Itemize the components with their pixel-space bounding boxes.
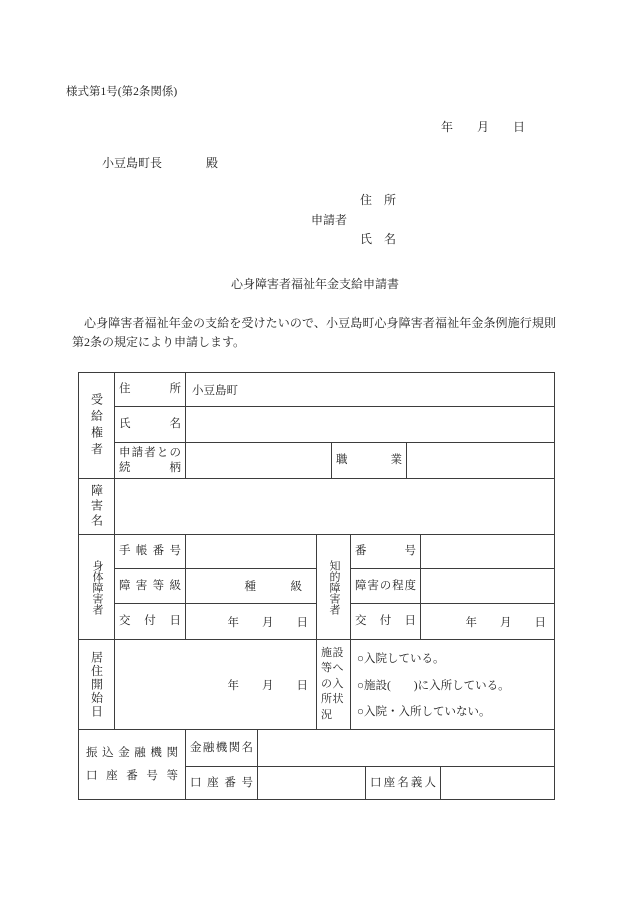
degree-label-cell: 障害の程度 — [350, 568, 421, 604]
disability-name-label-cell: 障害名 — [78, 478, 115, 535]
bank-group-cell: 振込金融機関 口座番号等 — [78, 729, 186, 800]
physical-issue-value-cell: 年 月 日 — [185, 603, 317, 640]
intellectual-issue-date: 年 月 日 — [421, 614, 554, 630]
address-label-cell: 住所 — [114, 372, 186, 407]
bank-group-label-line2: 口座番号等 — [79, 765, 185, 788]
physical-issue-label-cell: 交付日 — [114, 603, 186, 640]
account-number-value-cell — [257, 766, 366, 800]
account-number-label-cell: 口座番号 — [185, 766, 258, 800]
account-number-label: 口座番号 — [186, 776, 257, 791]
residence-date-value: 年 月 日 — [115, 677, 316, 693]
degree-value-cell — [420, 568, 555, 604]
intellectual-group-cell: 知的障害者 — [316, 534, 351, 640]
option-hospitalized: ○入院している。 — [357, 650, 554, 666]
account-holder-label: 口座名義人 — [366, 776, 440, 791]
bank-group-label-line1: 振込金融機関 — [79, 742, 185, 765]
degree-label: 障害の程度 — [351, 579, 420, 594]
residence-start-label: 居住開始日 — [91, 651, 103, 719]
relation-value-cell — [185, 442, 332, 479]
addressee-mayor: 小豆島町長 — [102, 154, 162, 171]
name-label: 氏名 — [115, 417, 185, 432]
option-in-facility: ○施設( )に入所している。 — [357, 677, 554, 693]
recipient-group-cell: 受給権者 — [78, 372, 115, 479]
techo-number-value-cell — [185, 534, 317, 569]
occupation-label-cell: 職業 — [331, 442, 407, 479]
intellectual-group-label: 知的障害者 — [328, 560, 339, 615]
intellectual-number-label-cell: 番号 — [350, 534, 421, 569]
institution-label: 金融機関名 — [186, 741, 257, 756]
techo-number-label: 手帳番号 — [115, 544, 185, 559]
disability-name-value-cell — [114, 478, 555, 535]
address-value-cell: 小豆島町 — [185, 372, 555, 407]
branch-type-shiten: 支店・支所 — [479, 729, 537, 732]
physical-issue-date: 年 月 日 — [186, 614, 316, 630]
residence-start-group-cell: 居住開始日 — [78, 639, 115, 730]
facility-status-label-cell: 施設等への入所状況 — [316, 639, 351, 730]
applicant-label: 申請者 — [311, 211, 347, 228]
name-label-cell: 氏名 — [114, 406, 186, 443]
document-title: 心身障害者福祉年金支給申請書 — [0, 275, 630, 292]
name-value-cell — [185, 406, 555, 443]
application-table: 受給権者 住所 小豆島町 氏名 申請者との続柄 職業 障害名 身体障害者 手帳番 — [78, 372, 555, 800]
address-value: 小豆島町 — [186, 382, 554, 398]
facility-status-label: 施設等への入所状況 — [317, 646, 350, 724]
intellectual-issue-value-cell: 年 月 日 — [420, 603, 555, 640]
account-holder-value-cell — [440, 766, 555, 800]
institution-type-options: 農協 銀行 — [358, 729, 381, 767]
intellectual-issue-label-cell: 交付日 — [350, 603, 421, 640]
option-not-admitted: ○入院・入所していない。 — [357, 703, 554, 719]
institution-type-nokyo: 農協 — [358, 729, 381, 732]
applicant-address-label: 住 所 — [360, 191, 396, 208]
facility-options-cell: ○入院している。 ○施設( )に入所している。 ○入院・入所していない。 — [350, 639, 555, 730]
occupation-label: 職業 — [332, 453, 406, 468]
application-statement: 心身障害者福祉年金の支給を受けたいので、小豆島町心身障害者福祉年金条例施行規則第… — [72, 314, 556, 351]
intellectual-number-value-cell — [420, 534, 555, 569]
account-holder-label-cell: 口座名義人 — [365, 766, 441, 800]
residence-date-cell: 年 月 日 — [114, 639, 317, 730]
branch-type-options: 支店・支所 出張所 — [479, 729, 537, 767]
date-blank-line: 年 月 日 — [441, 118, 525, 135]
techo-number-label-cell: 手帳番号 — [114, 534, 186, 569]
physical-issue-label: 交付日 — [115, 614, 185, 629]
grade-label: 障害等級 — [115, 579, 185, 594]
form-style-number: 様式第1号(第2条関係) — [66, 83, 177, 99]
recipient-group-label: 受給権者 — [91, 393, 103, 459]
institution-value-cell: 農協 銀行 支店・支所 出張所 — [257, 729, 555, 767]
applicant-name-label: 氏 名 — [360, 230, 396, 247]
application-form-page: 様式第1号(第2条関係) 年 月 日 小豆島町長 殿 申請者 住 所 氏 名 心… — [0, 0, 630, 903]
honorific-dono: 殿 — [206, 154, 218, 171]
grade-value: 種 級 — [186, 578, 316, 594]
relation-label: 申請者との続柄 — [115, 446, 185, 476]
grade-value-cell: 種 級 — [185, 568, 317, 604]
occupation-value-cell — [406, 442, 555, 479]
grade-label-cell: 障害等級 — [114, 568, 186, 604]
relation-label-cell: 申請者との続柄 — [114, 442, 186, 479]
address-label: 住所 — [115, 382, 185, 397]
physical-group-label: 身体障害者 — [91, 560, 102, 615]
intellectual-issue-label: 交付日 — [351, 614, 420, 629]
institution-label-cell: 金融機関名 — [185, 729, 258, 767]
intellectual-number-label: 番号 — [351, 544, 420, 559]
physical-group-cell: 身体障害者 — [78, 534, 115, 640]
disability-name-label: 障害名 — [91, 484, 103, 529]
